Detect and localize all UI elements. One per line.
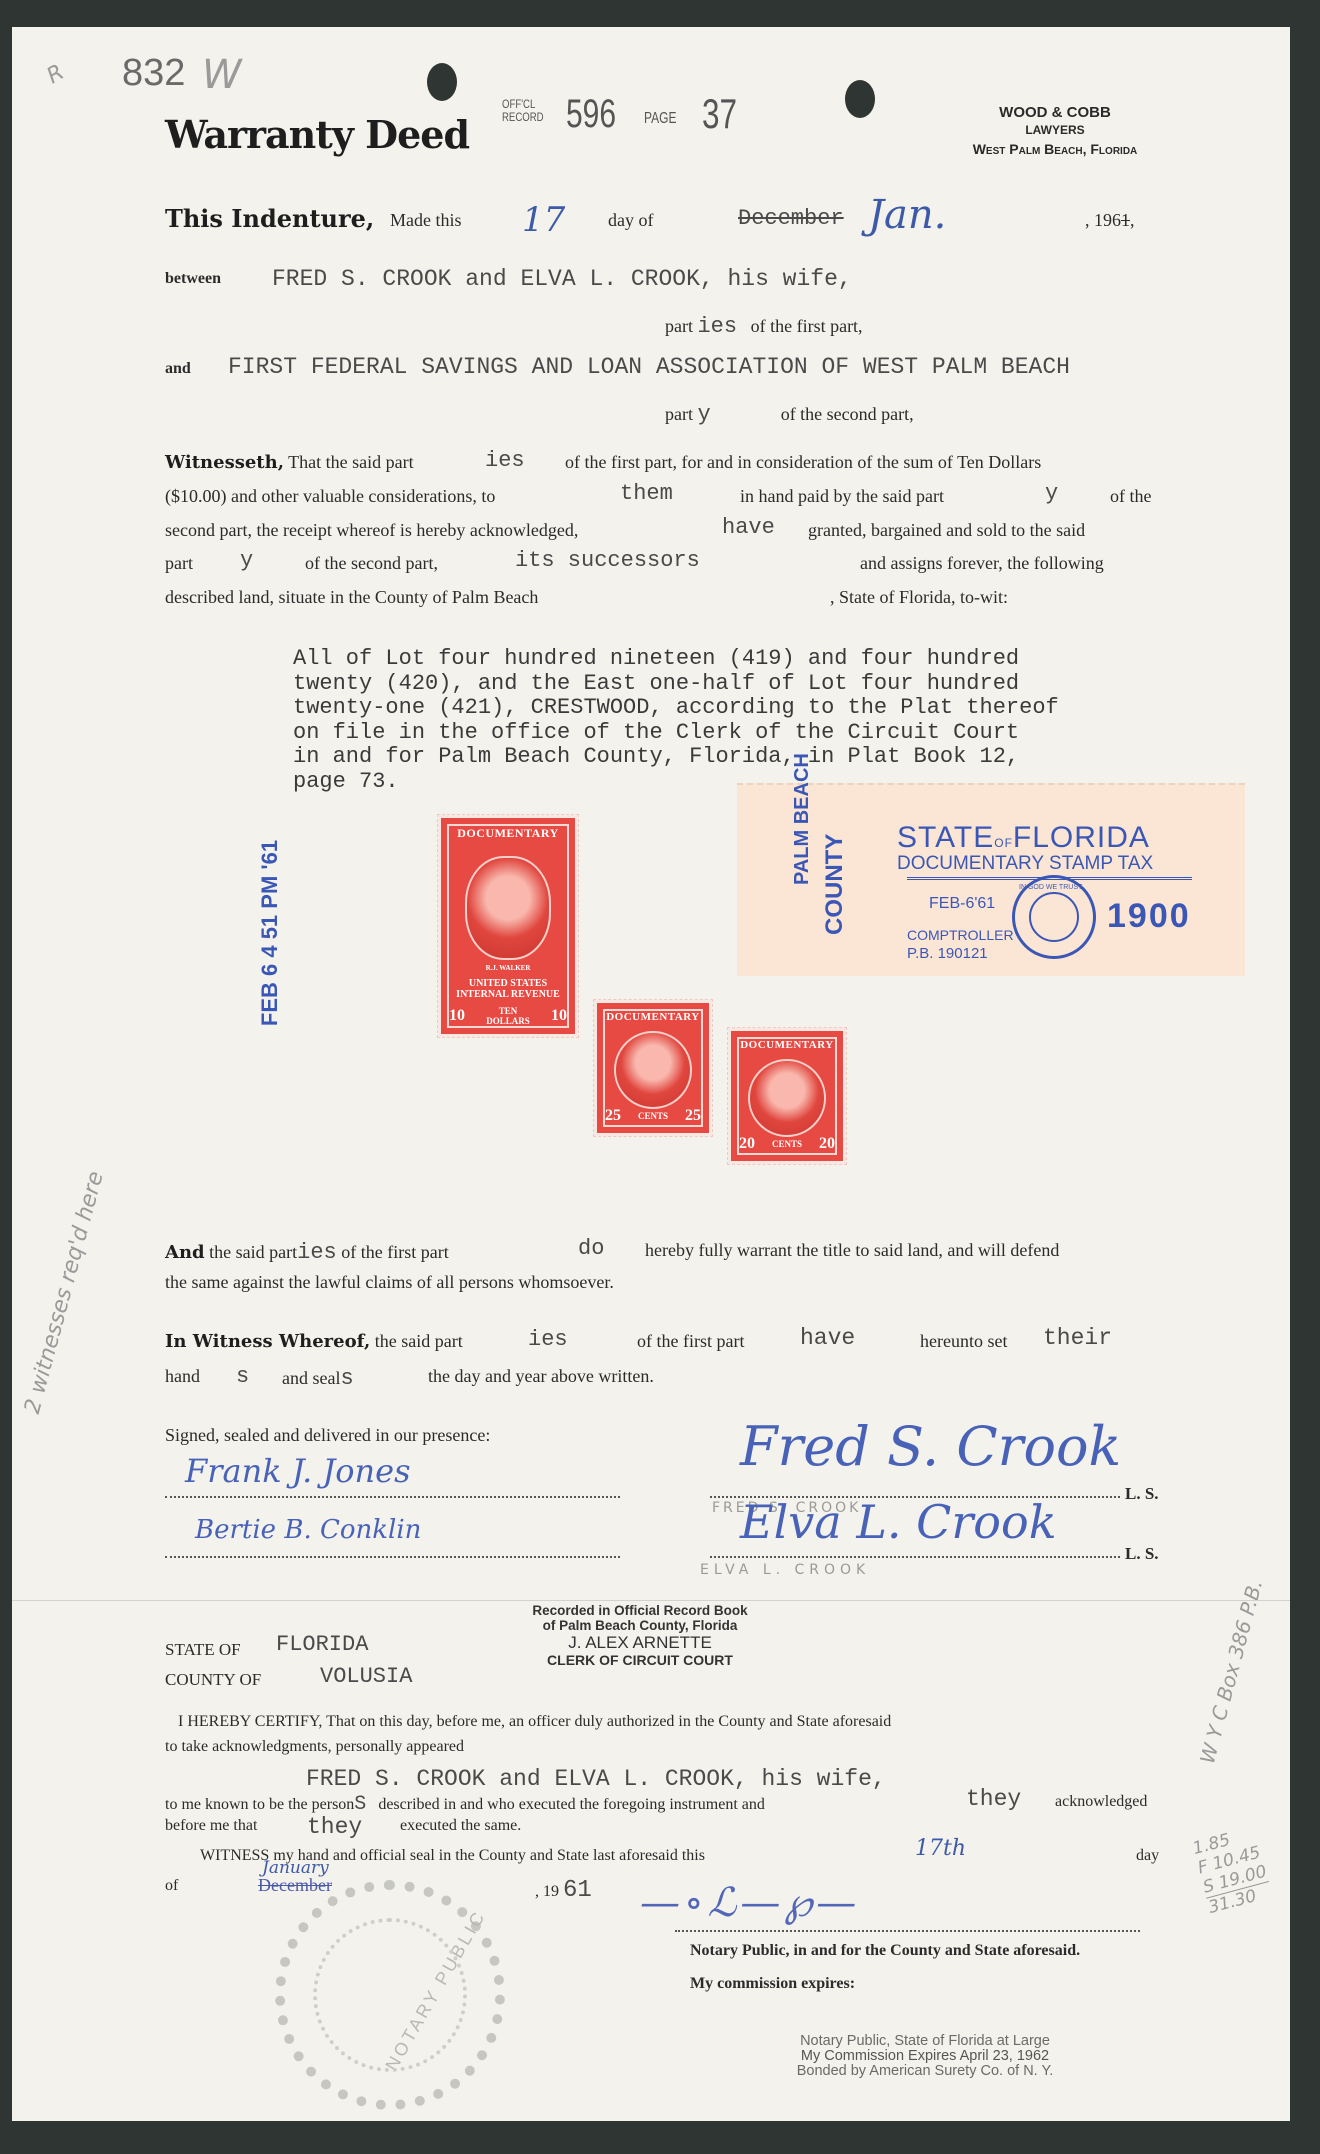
notary-day-handwritten: 17th: [915, 1836, 966, 1861]
certify-text: to take acknowledgments, personally appe…: [165, 1738, 464, 1756]
before-line-end: executed the same.: [400, 1817, 521, 1835]
warranty-text: the same against the lawful claims of al…: [165, 1272, 614, 1293]
fill-have: have: [722, 515, 775, 540]
section-divider: [12, 1600, 1290, 1601]
signature-line: [710, 1556, 1120, 1558]
year-field: , 1961,: [1085, 210, 1135, 231]
fill-their: their: [1043, 1325, 1112, 1351]
day-label: day: [1136, 1847, 1159, 1865]
florida-documentary-stamp: PALM BEACH COUNTY STATEOFFLORIDA DOCUMEN…: [737, 783, 1245, 976]
grantor-printed-name-2: ELVA L. CROOK: [700, 1562, 870, 1578]
comptroller-label: COMPTROLLER: [907, 927, 1014, 943]
witnesseth-text: ($10.00) and other valuable consideratio…: [165, 486, 495, 507]
fill-party: y: [240, 548, 253, 573]
notary-caption: Notary Public, in and for the County and…: [690, 1942, 1080, 1960]
witnesseth-text: granted, bargained and sold to the said: [808, 520, 1085, 541]
second-part-line: part yof the second part,: [665, 402, 914, 427]
fill-they: they: [966, 1786, 1021, 1812]
known-line-end: acknowledged: [1055, 1793, 1147, 1811]
county-stamp-line2: COUNTY: [821, 834, 849, 935]
punch-hole: [427, 63, 457, 101]
state-label: STATE OF: [165, 1640, 241, 1660]
certify-text: I HEREBY CERTIFY, That on this day, befo…: [178, 1713, 891, 1731]
stamp-date: FEB-6'61: [929, 895, 995, 913]
fill-do: do: [578, 1236, 604, 1261]
notary-year: , 19 61: [535, 1877, 592, 1904]
witnesseth-text: part: [165, 553, 193, 574]
law-firm-letterhead: WOOD & COBB LAWYERS West Palm Beach, Flo…: [925, 104, 1185, 157]
fill-s: s: [236, 1364, 249, 1389]
notary-signature: — ∘ ℒ — ℘ —: [640, 1880, 856, 1926]
witnesseth-text: of the first part, for and in considerat…: [565, 452, 1041, 473]
grantor-signature-1: Fred S. Crook: [740, 1415, 1121, 1478]
deed-title: Warranty Deed: [165, 112, 469, 157]
witnesseth-line-1: Witnesseth, That the said part: [165, 452, 414, 473]
month-struck: December: [738, 206, 844, 231]
county-value: VOLUSIA: [320, 1664, 412, 1689]
notary-commission-stamp: Notary Public, State of Florida at Large…: [760, 2034, 1090, 2079]
in-witness-line-1: In Witness Whereof, the said part: [165, 1331, 463, 1352]
in-witness-text: of the first part: [637, 1331, 744, 1352]
ls-label: L. S.: [1125, 1484, 1159, 1504]
grantors-names: FRED S. CROOK and ELVA L. CROOK, his wif…: [272, 266, 852, 292]
document-number: 832: [122, 52, 185, 95]
stamp-tax-label: DOCUMENTARY STAMP TAX: [897, 853, 1153, 875]
witnesseth-text: second part, the receipt whereof is here…: [165, 520, 578, 541]
record-label: OFF'CLRECORD: [502, 98, 544, 124]
record-page: 37: [702, 90, 737, 138]
between-label: between: [165, 270, 221, 288]
stamp-amount: 1900: [1107, 897, 1191, 936]
signature-line: [165, 1496, 620, 1498]
ls-label: L. S.: [1125, 1544, 1159, 1564]
legal-description: All of Lot four hundred nineteen (419) a…: [293, 647, 1059, 794]
acknowledged-persons: FRED S. CROOK and ELVA L. CROOK, his wif…: [306, 1766, 886, 1792]
notary-signature-line: [675, 1930, 1140, 1932]
indenture-heading: This Indenture,: [165, 204, 374, 233]
fill-party: y: [1045, 481, 1058, 506]
witness-signature-1: Frank J. Jones: [185, 1452, 411, 1490]
received-timestamp: FEB 6 4 51 PM '61: [257, 813, 283, 1053]
witnesseth-text: of the: [1110, 486, 1151, 507]
witnesseth-text: described land, situate in the County of…: [165, 587, 538, 608]
record-book: 596: [566, 92, 616, 137]
fill-parties: ies: [485, 448, 525, 473]
in-witness-text: hand: [165, 1366, 200, 1387]
grantee-name: FIRST FEDERAL SAVINGS AND LOAN ASSOCIATI…: [228, 354, 1070, 380]
witnesseth-text: of the second part,: [305, 553, 438, 574]
state-value: FLORIDA: [276, 1632, 368, 1657]
county-stamp: PALM BEACH: [789, 753, 815, 885]
notary-month-struck: December: [258, 1875, 332, 1896]
meter-id: P.B. 190121: [907, 945, 988, 962]
punch-hole: [845, 80, 875, 118]
witnesseth-text: , State of Florida, to-wit:: [830, 587, 1008, 608]
fill-parties: ies: [528, 1327, 568, 1352]
known-line: to me known to be the personS described …: [165, 1793, 765, 1816]
and-label: and: [165, 360, 191, 378]
recorded-stamp: Recorded in Official Record Book of Palm…: [520, 1603, 760, 1668]
grantor-signature-2: Elva L. Crook: [740, 1495, 1057, 1549]
revenue-stamp-10-dollars: DOCUMENTARY R.J. WALKER UNITED STATESINT…: [438, 815, 578, 1037]
warranty-line-1: And the said parties of the first part: [165, 1240, 449, 1265]
of-label: of: [165, 1877, 178, 1895]
fill-them: them: [620, 481, 673, 506]
witnesseth-text: and assigns forever, the following: [860, 553, 1104, 574]
fill-have: have: [800, 1325, 855, 1351]
revenue-stamp-20-cents: DOCUMENTARY 20CENTS20: [728, 1028, 846, 1164]
page-label: PAGE: [644, 110, 676, 128]
fill-successors: its successors: [515, 548, 700, 573]
before-line: before me that: [165, 1817, 257, 1835]
made-this-label: Made this: [390, 210, 462, 231]
month-handwritten: Jan.: [868, 192, 946, 238]
presence-label: Signed, sealed and delivered in our pres…: [165, 1425, 490, 1446]
in-witness-text: the day and year above written.: [428, 1366, 654, 1387]
first-part-line: part ies of the first part,: [665, 314, 863, 339]
day-handwritten: 17: [522, 200, 565, 240]
revenue-stamp-25-cents: DOCUMENTARY 25CENTS25: [594, 1000, 712, 1136]
day-of-label: day of: [608, 210, 653, 231]
document-initial: W: [202, 52, 242, 98]
witnesseth-text: in hand paid by the said part: [740, 486, 944, 507]
county-label: COUNTY OF: [165, 1670, 261, 1690]
fill-they: they: [307, 1814, 362, 1840]
in-witness-text: hereunto set: [920, 1331, 1007, 1352]
commission-label: My commission expires:: [690, 1975, 855, 1993]
florida-seal-icon: IN GOD WE TRUST: [1012, 875, 1096, 959]
witness-signature-2: Bertie B. Conklin: [195, 1515, 421, 1545]
in-witness-text: and seals: [282, 1366, 354, 1391]
notary-embossed-seal: NOTARY PUBLIC: [275, 1880, 505, 2110]
state-of-florida: STATEOFFLORIDA: [897, 821, 1150, 855]
signature-line: [165, 1556, 620, 1558]
warranty-text: hereby fully warrant the title to said l…: [645, 1240, 1059, 1261]
